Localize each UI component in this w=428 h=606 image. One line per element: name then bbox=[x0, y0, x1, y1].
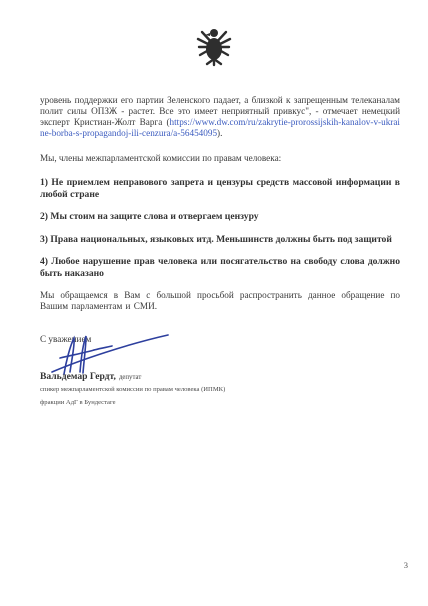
salutation: С уважением bbox=[40, 334, 400, 345]
signatory-line: Вальдемар Гердт,депутат bbox=[40, 371, 400, 382]
closing-block: С уважением Вальдемар Гердт,депутат спик… bbox=[40, 334, 400, 407]
lead-sentence: Мы, члены межпарламентской комиссии по п… bbox=[40, 153, 400, 164]
intro-text-after: ). bbox=[217, 128, 222, 138]
signatory-title: депутат bbox=[119, 374, 141, 381]
request-paragraph: Мы обращаемся в Вам с большой просьбой р… bbox=[40, 290, 400, 312]
signatory-role-1: спикер межпарламентской комиссии по прав… bbox=[40, 385, 400, 395]
page-number: 3 bbox=[404, 560, 408, 570]
point-3: 3) Права национальных, языковых итд. Мен… bbox=[40, 234, 400, 246]
point-1: 1) Не приемлем неправового запрета и цен… bbox=[40, 177, 400, 200]
document-page: уровень поддержки его партии Зеленского … bbox=[0, 0, 428, 606]
point-2: 2) Мы стоим на защите слова и отвергаем … bbox=[40, 211, 400, 223]
bundestag-eagle-icon bbox=[194, 25, 234, 67]
letter-body: уровень поддержки его партии Зеленского … bbox=[40, 95, 400, 407]
signatory-name: Вальдемар Гердт, bbox=[40, 371, 116, 382]
intro-paragraph: уровень поддержки его партии Зеленского … bbox=[40, 95, 400, 139]
signatory-role-2: фракции АдГ в Бундестаге bbox=[40, 398, 400, 408]
point-4: 4) Любое нарушение прав человека или пос… bbox=[40, 256, 400, 279]
